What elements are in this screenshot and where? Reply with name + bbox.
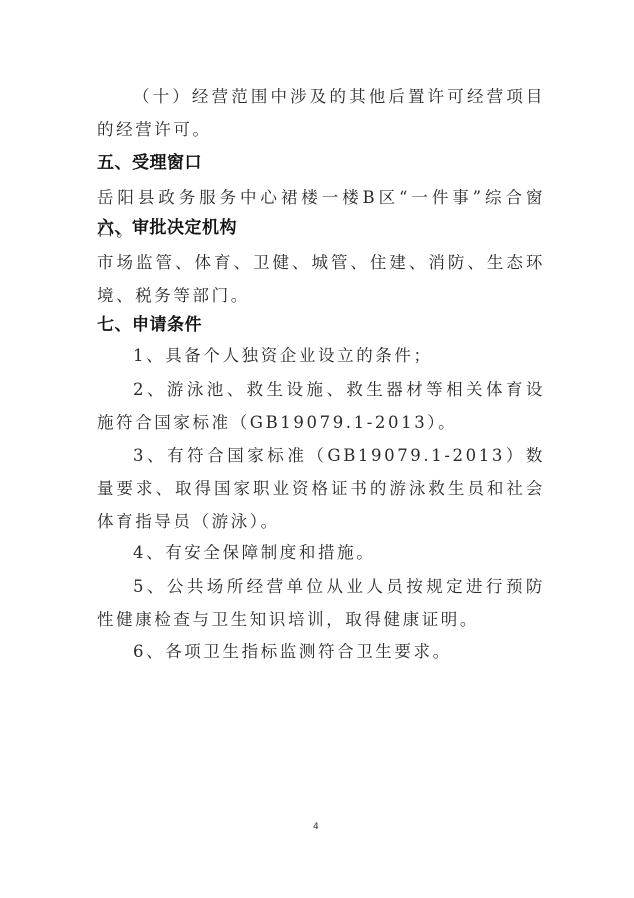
condition-item-4: 4、有安全保障制度和措施。	[97, 536, 545, 569]
paragraph-item-10: （十）经营范围中涉及的其他后置许可经营项目的经营许可。	[97, 80, 545, 146]
section-heading-application-conditions: 七、申请条件	[97, 313, 202, 337]
section-heading-acceptance-window: 五、受理窗口	[97, 151, 202, 175]
condition-item-5: 5、公共场所经营单位从业人员按规定进行预防性健康检查与卫生知识培训，取得健康证明…	[97, 570, 545, 636]
condition-item-3: 3、有符合国家标准（GB19079.1-2013）数量要求、取得国家职业资格证书…	[97, 439, 545, 538]
condition-item-6: 6、各项卫生指标监测符合卫生要求。	[97, 635, 545, 668]
condition-item-1: 1、具备个人独资企业设立的条件；	[97, 339, 545, 372]
section-heading-approval-authority: 六、审批决定机构	[97, 216, 237, 240]
condition-item-2: 2、游泳池、救生设施、救生器材等相关体育设施符合国家标准（GB19079.1-2…	[97, 373, 545, 439]
approval-authority-text: 市场监管、体育、卫健、城管、住建、消防、生态环境、税务等部门。	[97, 246, 545, 312]
page-number: 4	[313, 822, 319, 832]
document-page: （十）经营范围中涉及的其他后置许可经营项目的经营许可。 五、受理窗口 岳阳县政务…	[0, 0, 634, 898]
